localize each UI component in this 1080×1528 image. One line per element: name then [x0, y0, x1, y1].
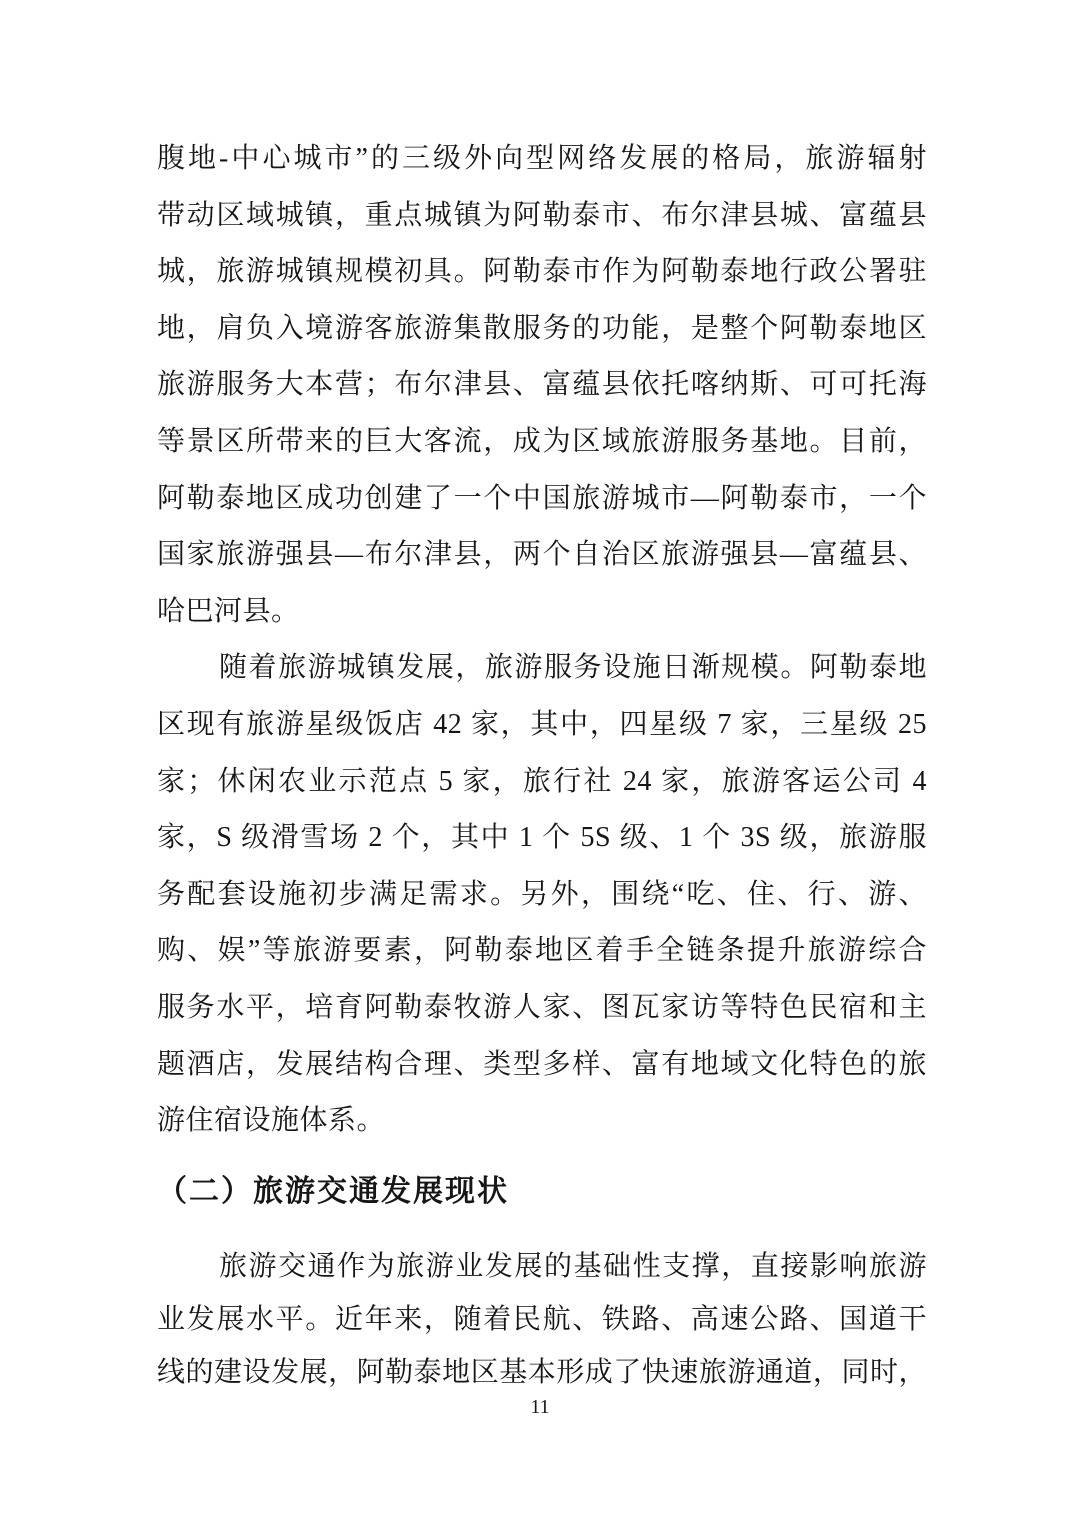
text-line: 哈巴河县。 — [157, 584, 927, 641]
text-line: 随着旅游城镇发展，旅游服务设施日渐规模。阿勒泰地 — [157, 640, 927, 697]
text-line: 等景区所带来的巨大客流，成为区域旅游服务基地。目前， — [157, 414, 927, 471]
text-line: 家，S 级滑雪场 2 个，其中 1 个 5S 级、1 个 3S 级，旅游服 — [157, 810, 927, 867]
text-line: 国家旅游强县—布尔津县，两个自治区旅游强县—富蕴县、 — [157, 527, 927, 584]
text-line: 区现有旅游星级饭店 42 家，其中，四星级 7 家，三星级 25 — [157, 697, 927, 754]
section-heading: （二）旅游交通发展现状 — [157, 1164, 927, 1220]
text-line: 服务水平，培育阿勒泰牧游人家、图瓦家访等特色民宿和主 — [157, 980, 927, 1037]
text-line: 城，旅游城镇规模初具。阿勒泰市作为阿勒泰地行政公署驻 — [157, 244, 927, 301]
page-number: 11 — [0, 1396, 1080, 1418]
text-line: 务配套设施初步满足需求。另外，围绕“吃、住、行、游、 — [157, 867, 927, 924]
text-line: 地，肩负入境游客旅游集散服务的功能，是整个阿勒泰地区 — [157, 301, 927, 358]
text-line: 家；休闲农业示范点 5 家，旅行社 24 家，旅游客运公司 4 — [157, 754, 927, 811]
text-line: 购、娱”等旅游要素，阿勒泰地区着手全链条提升旅游综合 — [157, 923, 927, 980]
text-line: 游住宿设施体系。 — [157, 1093, 927, 1150]
text-line: 带动区域城镇，重点城镇为阿勒泰市、布尔津县城、富蕴县 — [157, 188, 927, 245]
text-line: 腹地-中心城市”的三级外向型网络发展的格局，旅游辐射 — [157, 131, 927, 188]
text-line: 旅游服务大本营；布尔津县、富蕴县依托喀纳斯、可可托海 — [157, 357, 927, 414]
text-line: 题酒店，发展结构合理、类型多样、富有地域文化特色的旅 — [157, 1037, 927, 1094]
document-page: 腹地-中心城市”的三级外向型网络发展的格局，旅游辐射带动区域城镇，重点城镇为阿勒… — [0, 0, 1080, 1528]
text-line: 业发展水平。近年来，随着民航、铁路、高速公路、国道干 — [157, 1293, 927, 1346]
text-line: 线的建设发展，阿勒泰地区基本形成了快速旅游通道，同时， — [157, 1346, 927, 1399]
text-line: 阿勒泰地区成功创建了一个中国旅游城市—阿勒泰市，一个 — [157, 471, 927, 528]
text-line: 旅游交通作为旅游业发展的基础性支撑，直接影响旅游 — [157, 1240, 927, 1293]
text-content: 腹地-中心城市”的三级外向型网络发展的格局，旅游辐射带动区域城镇，重点城镇为阿勒… — [157, 131, 927, 1399]
